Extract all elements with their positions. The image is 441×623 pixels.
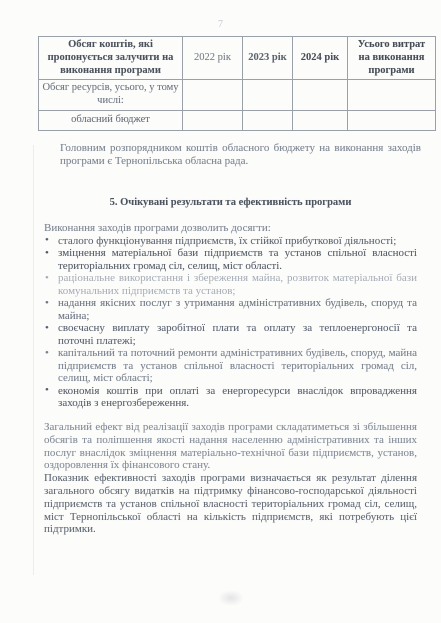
col-header-2023: 2023 рік <box>243 37 293 80</box>
bullet-icon: • <box>45 297 49 310</box>
list-item: • економія коштів при оплаті за енергоре… <box>44 385 417 410</box>
paragraph-budget-manager: Головним розпорядником коштів обласного … <box>60 142 421 168</box>
cell-empty <box>293 110 348 130</box>
row-label-resources: Обсяг ресурсів, усього, у тому числі: <box>39 80 183 111</box>
document-page: 7 Обсяг коштів, які пропонується залучит… <box>0 0 441 623</box>
paragraph-overall-effect: Загальний ефект від реалізації заходів п… <box>44 421 417 472</box>
list-item-text: надання якісних послуг з утримання адмін… <box>58 297 417 322</box>
col-header-2022: 2022 рік <box>183 37 243 80</box>
bullet-icon: • <box>45 234 49 247</box>
closing-paragraphs: Загальний ефект від реалізації заходів п… <box>44 421 417 536</box>
list-item-text: раціональне використання і збереження ма… <box>58 272 417 297</box>
col-header-description: Обсяг коштів, які пропонується залучити … <box>39 37 183 80</box>
cell-empty <box>243 80 293 111</box>
list-item-text: капітальний та поточний ремонти адмініст… <box>58 347 417 384</box>
list-item: • раціональне використання і збереження … <box>44 272 417 297</box>
list-item: • капітальний та поточний ремонти адміні… <box>44 347 417 385</box>
results-bullet-list: • сталого функціонування підприємств, їх… <box>44 235 417 410</box>
col-header-total: Усього витрат на виконання програми <box>348 37 436 80</box>
bullet-icon: • <box>45 247 49 260</box>
results-section: Виконання заходів програми дозволить дос… <box>44 222 417 410</box>
page-number: 7 <box>0 19 441 30</box>
cell-empty <box>183 110 243 130</box>
row-label-oblast-budget: обласний бюджет <box>39 110 183 130</box>
scan-fold-artifact <box>33 145 34 575</box>
paragraph-efficiency-indicator: Показник ефективності заходів програми в… <box>44 472 417 536</box>
funding-table: Обсяг коштів, які пропонується залучити … <box>38 36 436 131</box>
bullet-icon: • <box>45 347 49 360</box>
table-header-row: Обсяг коштів, які пропонується залучити … <box>39 37 436 80</box>
bullet-icon: • <box>45 272 49 285</box>
table-row-oblast-budget: обласний бюджет <box>39 110 436 130</box>
cell-empty <box>348 80 436 111</box>
table-row-resources: Обсяг ресурсів, усього, у тому числі: <box>39 80 436 111</box>
col-header-2024: 2024 рік <box>293 37 348 80</box>
results-intro: Виконання заходів програми дозволить дос… <box>44 222 417 235</box>
list-item: • своєчасну виплату заробітної плати та … <box>44 322 417 347</box>
list-item: • надання якісних послуг з утримання адм… <box>44 297 417 322</box>
cell-empty <box>348 110 436 130</box>
cell-empty <box>293 80 348 111</box>
list-item-text: зміцнення матеріальної бази підприємств … <box>58 247 417 272</box>
cell-empty <box>183 80 243 111</box>
list-item-text: економія коштів при оплаті за енергоресу… <box>58 385 417 410</box>
bullet-icon: • <box>45 322 49 335</box>
list-item: • сталого функціонування підприємств, їх… <box>44 235 417 248</box>
list-item-text: своєчасну виплату заробітної плати та оп… <box>58 322 417 347</box>
list-item-text: сталого функціонування підприємств, їх с… <box>58 235 396 247</box>
bullet-icon: • <box>45 384 49 397</box>
cell-empty <box>243 110 293 130</box>
section-heading: 5. Очікувані результати та ефективність … <box>44 197 417 208</box>
list-item: • зміцнення матеріальної бази підприємст… <box>44 247 417 272</box>
scan-smudge <box>218 590 244 606</box>
